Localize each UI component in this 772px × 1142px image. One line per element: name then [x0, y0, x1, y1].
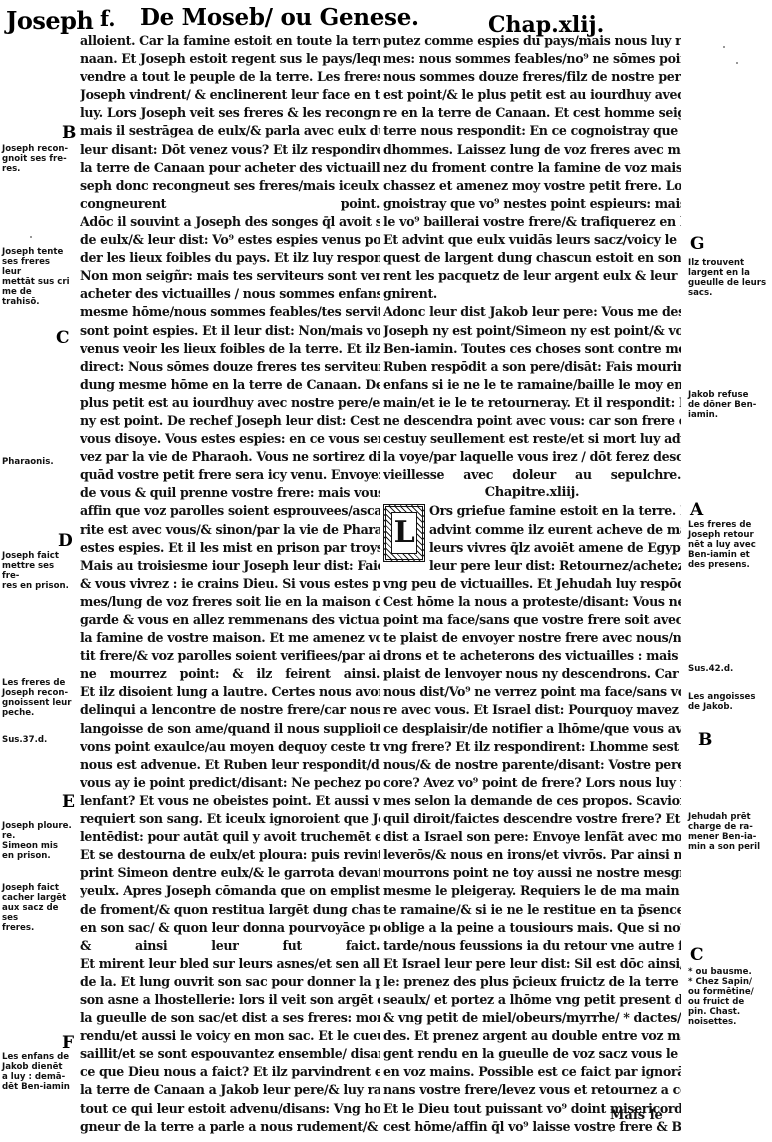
- text-line: delinqui a lencontre de nostre frere/car…: [80, 701, 380, 719]
- text-line: Mais au troisiesme iour Joseph leur dist…: [80, 557, 380, 575]
- initial-adjacent-lines: Ors griefue famine estoit en la terre. E…: [429, 502, 681, 574]
- book-page: Joseph f. De Moseb/ ou Genese. Chap.xlij…: [0, 0, 772, 1142]
- text-line: & vous vivrez : ie crains Dieu. Si vous …: [80, 575, 380, 593]
- section-mark-b-right: B: [698, 730, 712, 750]
- margin-note: * ou bausme. * Chez Sapin/ ou formētine/…: [688, 967, 772, 1027]
- text-line: dung mesme hōme en la terre de Canaan. D…: [80, 376, 380, 394]
- text-line: quest de largent dung chascun estoit en …: [383, 249, 681, 267]
- text-line: le vo⁹ baillerai vostre frere/& trafique…: [383, 213, 681, 231]
- text-line: saillit/et se sont espouvantez ensemble/…: [80, 1045, 380, 1063]
- text-line: cestuy seullement est reste/et si mort l…: [383, 430, 681, 448]
- text-line: tit frere/& voz parolles soient verifiee…: [80, 647, 380, 665]
- text-line: print Simeon dentre eulx/& le garrota de…: [80, 864, 380, 882]
- text-line: re avec vous. Et Israel dist: Pourquoy m…: [383, 701, 681, 719]
- text-line: vous ay ie point predict/disant: Ne pech…: [80, 774, 380, 792]
- text-line: lenfant? Et vous ne obeistes point. Et a…: [80, 792, 380, 810]
- text-line: de la. Et lung ouvrit son sac pour donne…: [80, 973, 380, 991]
- text-line: le: prenez des plus p̄cieux fruictz de l…: [383, 973, 681, 991]
- text-line: Joseph ny est point/Simeon ny est point/…: [383, 322, 681, 340]
- margin-note: Joseph tente ses freres leur mettāt sus …: [2, 247, 72, 307]
- text-line: rite est avec vous/& sinon/par la vie de…: [80, 521, 380, 539]
- text-line: garde & vous en allez remmenans des vict…: [80, 611, 380, 629]
- text-line: quād vostre petit frere sera icy venu. E…: [80, 466, 380, 484]
- text-line: de froment/& quon restitua largēt dung c…: [80, 901, 380, 919]
- text-line: venus veoir les lieux foibles de la terr…: [80, 340, 380, 358]
- text-line: alloient. Car la famine estoit en toute …: [80, 32, 380, 50]
- right-text-column: putez comme espies du pays/mais nous luy…: [383, 32, 681, 1136]
- text-line: en son sac/ & quon leur donna pourvoyāce…: [80, 919, 380, 937]
- text-line: mes/lung de voz freres soit lie en la ma…: [80, 593, 380, 611]
- text-line: Ors griefue famine estoit en la terre. E…: [429, 502, 681, 520]
- text-line: son asne a lhostellerie: lors il veit so…: [80, 991, 380, 1009]
- text-line: naan. Et Joseph estoit regent sus le pay…: [80, 50, 380, 68]
- text-line: Cest hōme la nous a proteste/disant: Vou…: [383, 593, 681, 611]
- text-line: rent les pacquetz de leur argent eulx & …: [383, 267, 681, 285]
- text-line: quil diroit/faictes descendre vostre fre…: [383, 810, 681, 828]
- text-line: luy. Lors Joseph veit ses freres & les r…: [80, 104, 380, 122]
- text-line: ce desplaisir/de notifier a lhōme/que vo…: [383, 720, 681, 738]
- text-line: plus petit est au iourdhuy avec nostre p…: [80, 394, 380, 412]
- text-line: tout ce qui leur estoit advenu/disans: V…: [80, 1100, 380, 1118]
- section-mark-a-right: A: [690, 500, 703, 520]
- text-line: vng peu de victuailles. Et Jehudah luy r…: [383, 575, 681, 593]
- text-line: leverōs/& nous en irons/et vivrōs. Par a…: [383, 846, 681, 864]
- text-line: Ben-iamin. Toutes ces choses sont contre…: [383, 340, 681, 358]
- margin-note: Joseph recon- gnoit ses fre- res.: [2, 144, 72, 174]
- text-line: la terre de Canaan pour acheter des vict…: [80, 159, 380, 177]
- catchword: Mais le: [610, 1108, 663, 1123]
- text-line: Et advint que eulx vuidās leurs sacz/voi…: [383, 231, 681, 249]
- scan-speck: [736, 62, 738, 64]
- text-line: gent rendu en la gueulle de voz sacz vou…: [383, 1045, 681, 1063]
- text-line: sont point espies. Et il leur dist: Non/…: [80, 322, 380, 340]
- text-line: leur disant: Dōt venez vous? Et ilz resp…: [80, 141, 380, 159]
- text-line: chassez et amenez moy vostre petit frere…: [383, 177, 681, 195]
- right-column-body-chapter-42: putez comme espies du pays/mais nous luy…: [383, 32, 681, 484]
- section-mark-b-left: B: [62, 123, 76, 143]
- text-line: vendre a tout le peuple de la terre. Les…: [80, 68, 380, 86]
- text-line: oblige a la peine a tousiours mais. Que …: [383, 919, 681, 937]
- text-line: rendu/et aussi le voicy en mon sac. Et l…: [80, 1027, 380, 1045]
- section-mark-e-left: E: [62, 792, 75, 812]
- margin-note: Joseph faict mettre ses fre- res en pris…: [2, 551, 72, 591]
- text-line: ne descendra point avec vous: car son fr…: [383, 412, 681, 430]
- text-line: dist a Israel son pere: Envoye lenfāt av…: [383, 828, 681, 846]
- text-line: mais il sestrāgea de eulx/& parla avec e…: [80, 122, 380, 140]
- initial-letter: L: [391, 512, 417, 554]
- scan-speck: [30, 236, 32, 238]
- text-line: core? Avez vo⁹ point de frere? Lors nous…: [383, 774, 681, 792]
- text-line: Non mon seigñr: mais tes serviteurs sont…: [80, 267, 380, 285]
- text-line: enfans si ie ne le te ramaine/baille le …: [383, 376, 681, 394]
- text-line: Ruben respōdit a son pere/disāt: Fais mo…: [383, 358, 681, 376]
- text-line: seaulx/ et portez a lhōme vng petit pres…: [383, 991, 681, 1009]
- section-mark-c-right: C: [690, 945, 704, 965]
- text-line: de vous & quil prenne vostre frere: mais…: [80, 484, 380, 502]
- text-line: langoisse de son ame/quand il nous suppl…: [80, 720, 380, 738]
- margin-note: Ilz trouvent largent en la gueulle de le…: [688, 258, 772, 298]
- text-line: Joseph vindrent/ & enclinerent leur face…: [80, 86, 380, 104]
- text-line: Et Israel leur pere leur dist: Sil est d…: [383, 955, 681, 973]
- text-line: en voz mains. Possible est ce faict par …: [383, 1063, 681, 1081]
- text-line: ne mourrez point: & ilz feirent ainsi.: [80, 665, 380, 683]
- scan-speck: [610, 1130, 612, 1132]
- text-line: te plaist de envoyer nostre frere avec n…: [383, 629, 681, 647]
- text-line: Adonc leur dist Jakob leur pere: Vous me…: [383, 303, 681, 321]
- text-line: main/et ie le te retourneray. Et il resp…: [383, 394, 681, 412]
- margin-note: Pharaonis.: [2, 457, 72, 467]
- margin-note: Sus.37.d.: [2, 735, 72, 745]
- text-line: la gueulle de son sac/et dist a ses frer…: [80, 1009, 380, 1027]
- text-line: congneurent point.: [80, 195, 380, 213]
- text-line: est point/& le plus petit est au iourdhu…: [383, 86, 681, 104]
- margin-note: Les freres de Joseph recon- gnoissent le…: [2, 678, 72, 718]
- folio-mark: f.: [100, 6, 116, 31]
- text-line: & ainsi leur fut faict.: [80, 937, 380, 955]
- scan-speck: [723, 46, 725, 48]
- book-title: De Moseb/ ou Genese.: [140, 4, 419, 31]
- text-line: vez par la vie de Pharaoh. Vous ne sorti…: [80, 448, 380, 466]
- text-line: nous est advenue. Et Ruben leur respondi…: [80, 756, 380, 774]
- text-line: Et se destourna de eulx/et ploura: puis …: [80, 846, 380, 864]
- chapter-opening: L Ors griefue famine estoit en la terre.…: [383, 502, 681, 574]
- margin-note: Les freres de Joseph retour nēt a luy av…: [688, 520, 772, 570]
- left-text-column: alloient. Car la famine estoit en toute …: [80, 32, 380, 1136]
- margin-note: Jehudah prēt charge de ra- mener Ben-ia-…: [688, 812, 772, 852]
- text-line: mourrons point ne toy aussi ne nostre me…: [383, 864, 681, 882]
- text-line: la famine de vostre maison. Et me amenez…: [80, 629, 380, 647]
- chapter-heading: Chapitre.xliij.: [383, 484, 681, 502]
- text-line: gnoistray que vo⁹ nestes point espieurs:…: [383, 195, 681, 213]
- text-line: mes selon la demande de ces propos. Scav…: [383, 792, 681, 810]
- text-line: estes espies. Et il les mist en prison p…: [80, 539, 380, 557]
- text-line: de eulx/& leur dist: Vo⁹ estes espies ve…: [80, 231, 380, 249]
- text-line: leurs vivres q̄lz avoiēt amene de Egypte…: [429, 539, 681, 557]
- text-line: mes: nous sommes feables/no⁹ ne sōmes po…: [383, 50, 681, 68]
- section-mark-f-left: F: [62, 1033, 74, 1053]
- text-line: putez comme espies du pays/mais nous luy…: [383, 32, 681, 50]
- section-mark-c-left: C: [56, 328, 70, 348]
- text-line: nous dist/Vo⁹ ne verrez point ma face/sa…: [383, 683, 681, 701]
- text-line: mesme le pleigeray. Requiers le de ma ma…: [383, 882, 681, 900]
- text-line: & vng petit de miel/obeurs/myrrhe/ * dac…: [383, 1009, 681, 1027]
- text-line: affin que voz parolles soient esprouvees…: [80, 502, 380, 520]
- text-line: lentēdist: pour autāt quil y avoit truch…: [80, 828, 380, 846]
- text-line: la voye/par laquelle vous irez / dōt fer…: [383, 448, 681, 466]
- text-line: yeulx. Apres Joseph cōmanda que on empli…: [80, 882, 380, 900]
- decorated-initial-icon: L: [383, 504, 425, 562]
- text-line: Et mirent leur bled sur leurs asnes/et s…: [80, 955, 380, 973]
- text-line: nez du froment contre la famine de voz m…: [383, 159, 681, 177]
- margin-note: Jakob refuse de dōner Ben- iamin.: [688, 390, 772, 420]
- text-line: dhommes. Laissez lung de voz freres avec…: [383, 141, 681, 159]
- section-mark-d-left: D: [58, 531, 73, 551]
- text-line: nous sommes douze freres/filz de nostre …: [383, 68, 681, 86]
- text-line: drons et te acheterons des victuailles :…: [383, 647, 681, 665]
- text-line: te ramaine/& si ie ne le restitue en ta …: [383, 901, 681, 919]
- text-line: mesme hōme/nous sommes feables/tes servi…: [80, 303, 380, 321]
- text-line: vons point exaulce/au moyen dequoy ceste…: [80, 738, 380, 756]
- text-line: des. Et prenez argent au double entre vo…: [383, 1027, 681, 1045]
- text-line: point ma face/sans que vostre frere soit…: [383, 611, 681, 629]
- text-line: advint comme ilz eurent acheve de manger: [429, 521, 681, 539]
- text-line: Et ilz disoient lung a lautre. Certes no…: [80, 683, 380, 701]
- margin-note: Les enfans de Jakob dienēt a luy : demā-…: [2, 1052, 72, 1092]
- text-line: requiert son sang. Et iceulx ignoroient …: [80, 810, 380, 828]
- text-line: la terre de Canaan a Jakob leur pere/& l…: [80, 1081, 380, 1099]
- margin-note: Sus.42.d.: [688, 664, 772, 674]
- text-line: der les lieux foibles du pays. Et ilz lu…: [80, 249, 380, 267]
- right-column-body-chapter-43: vng peu de victuailles. Et Jehudah luy r…: [383, 575, 681, 1136]
- text-line: direct: Nous sōmes douze freres tes serv…: [80, 358, 380, 376]
- text-line: ce que Dieu nous a faict? Et ilz parvind…: [80, 1063, 380, 1081]
- text-line: terre nous respondit: En ce cognoistray …: [383, 122, 681, 140]
- text-line: vieillesse avec doleur au sepulchre.: [383, 466, 681, 484]
- text-line: nans vostre frere/levez vous et retourne…: [383, 1081, 681, 1099]
- margin-note: Joseph faict cacher largēt aux sacz de s…: [2, 883, 72, 933]
- text-line: Adōc il souvint a Joseph des songes q̄l …: [80, 213, 380, 231]
- text-line: seph donc recongneut ses freres/mais ice…: [80, 177, 380, 195]
- text-line: gnirent.: [383, 285, 681, 303]
- text-line: gneur de la terre a parle a nous rudemen…: [80, 1118, 380, 1136]
- text-line: vous disoye. Vous estes espies: en ce vo…: [80, 430, 380, 448]
- text-line: nous/& de nostre parente/disant: Vostre …: [383, 756, 681, 774]
- margin-note: Joseph ploure. re. Simeon mis en prison.: [2, 821, 72, 861]
- text-line: ny est point. De rechef Joseph leur dist…: [80, 412, 380, 430]
- margin-note: Les angoisses de Jakob.: [688, 692, 772, 712]
- text-line: leur pere leur dist: Retournez/achetez n…: [429, 557, 681, 575]
- text-line: acheter des victuailles / nous sommes en…: [80, 285, 380, 303]
- section-mark-g-right: G: [690, 234, 705, 254]
- running-header-name: Joseph: [6, 6, 93, 35]
- text-line: plaist de lenvoyer nous ny descendrons. …: [383, 665, 681, 683]
- text-line: tarde/nous feussions ia du retour vne au…: [383, 937, 681, 955]
- text-line: vng frere? Et ilz respondirent: Lhomme s…: [383, 738, 681, 756]
- text-line: re en la terre de Canaan. Et cest homme …: [383, 104, 681, 122]
